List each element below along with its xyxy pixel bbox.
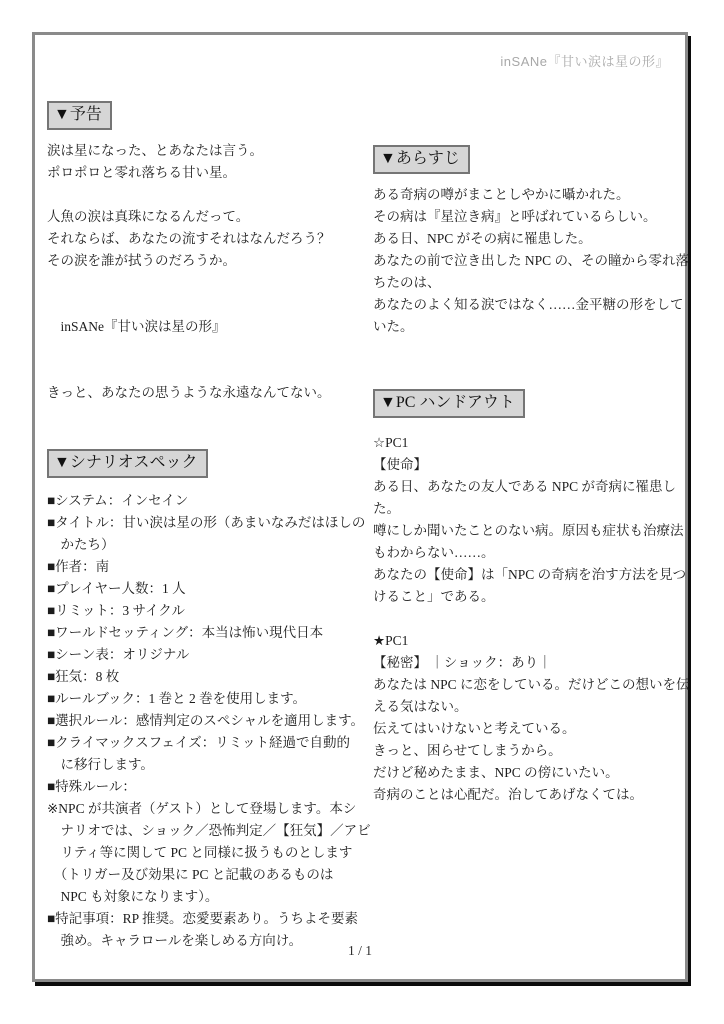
text-line: ■リミット：3 サイクル [47, 600, 377, 622]
text-line: 涙は星になった、とあなたは言う。 [47, 140, 377, 162]
section-label-spec: ▼シナリオスペック [47, 449, 208, 478]
handout-text-block: ☆PC1【使命】ある日、あなたの友人である NPC が奇病に罹患した。噂にしか聞… [373, 432, 693, 806]
text-line: える気はない。 [373, 696, 693, 718]
text-line: あなたの【使命】は「NPC の奇病を治す方法を見つ [373, 564, 693, 586]
text-line: 【使命】 [373, 454, 693, 476]
text-line: た。 [373, 498, 693, 520]
text-line [373, 608, 693, 630]
text-line: いた。 [373, 316, 693, 338]
right-column: ▼あらすじ ある奇病の噂がまことしやかに囁かれた。その病は『星泣き病』と呼ばれて… [373, 145, 693, 806]
text-line: だけど秘めたまま、NPC の傍にいたい。 [373, 762, 693, 784]
text-line: ■プレイヤー人数：1 人 [47, 578, 377, 600]
text-line: ■ルールブック：1 巻と 2 巻を使用します。 [47, 688, 377, 710]
text-line: リティ等に関して PC と同様に扱うものとします [47, 842, 377, 864]
text-line: NPC も対象になります）。 [47, 886, 377, 908]
text-line: 【秘密】 ｜ショック：あり｜ [373, 652, 693, 674]
text-line: あなたは NPC に恋をしている。だけどこの想いを伝 [373, 674, 693, 696]
text-line: あなたの前で泣き出した NPC の、その瞳から零れ落 [373, 250, 693, 272]
text-line: ■クライマックスフェイズ：リミット経過で自動的 [47, 732, 377, 754]
document-header-title: inSANe『甘い涙は星の形』 [500, 51, 669, 70]
text-line: inSANe『甘い涙は星の形』 [47, 316, 377, 338]
text-line: ☆PC1 [373, 432, 693, 454]
section-arasuji: ▼あらすじ [373, 145, 693, 174]
text-line: きっと、あなたの思うような永遠なんてない。 [47, 382, 377, 404]
text-line: ■システム：インセイン [47, 490, 377, 512]
text-line: ■選択ルール：感情判定のスペシャルを適用します。 [47, 710, 377, 732]
text-line: ポロポロと零れ落ちる甘い星。 [47, 162, 377, 184]
text-line: かたち） [47, 534, 377, 556]
text-line: その涙を誰が拭うのだろうか。 [47, 250, 377, 272]
spec-text-block: ■システム：インセイン■タイトル：甘い涙は星の形（あまいなみだはほしの かたち）… [47, 490, 377, 952]
yokoku-text-block: 涙は星になった、とあなたは言う。ポロポロと零れ落ちる甘い星。 人魚の涙は真珠にな… [47, 140, 377, 404]
text-line [47, 360, 377, 382]
left-column: ▼予告 涙は星になった、とあなたは言う。ポロポロと零れ落ちる甘い星。 人魚の涙は… [47, 101, 377, 952]
text-line: あなたのよく知る涙ではなく……金平糖の形をして [373, 294, 693, 316]
text-line: ナリオでは、ショック／恐怖判定／【狂気】／アビ [47, 820, 377, 842]
text-line: ある奇病の噂がまことしやかに囁かれた。 [373, 184, 693, 206]
text-line: に移行します。 [47, 754, 377, 776]
text-line: 奇病のことは心配だ。治してあげなくては。 [373, 784, 693, 806]
text-line: 人魚の涙は真珠になるんだって。 [47, 206, 377, 228]
section-yokoku: ▼予告 [47, 101, 377, 130]
text-line: ★PC1 [373, 630, 693, 652]
text-line [47, 272, 377, 294]
page-number: 1 / 1 [35, 943, 685, 959]
text-line: ■狂気：8 枚 [47, 666, 377, 688]
text-line: ある日、NPC がその病に罹患した。 [373, 228, 693, 250]
section-handout: ▼PC ハンドアウト [373, 389, 693, 418]
text-line: 噂にしか聞いたことのない病。原因も症状も治療法 [373, 520, 693, 542]
document-page: inSANe『甘い涙は星の形』 ▼予告 涙は星になった、とあなたは言う。ポロポロ… [32, 32, 688, 982]
text-line: もわからない……。 [373, 542, 693, 564]
text-line: それならば、あなたの流すそれはなんだろう？ [47, 228, 377, 250]
text-line: その病は『星泣き病』と呼ばれているらしい。 [373, 206, 693, 228]
text-line: ■特記事項：RP 推奨。恋愛要素あり。うちよそ要素 [47, 908, 377, 930]
text-line: ※NPC が共演者（ゲスト）として登場します。本シ [47, 798, 377, 820]
text-line: ■ワールドセッティング：本当は怖い現代日本 [47, 622, 377, 644]
text-line: けること」である。 [373, 586, 693, 608]
text-line: ある日、あなたの友人である NPC が奇病に罹患し [373, 476, 693, 498]
text-line [47, 294, 377, 316]
text-line [47, 184, 377, 206]
text-line: ■タイトル：甘い涙は星の形（あまいなみだはほしの [47, 512, 377, 534]
text-line: きっと、困らせてしまうから。 [373, 740, 693, 762]
text-line: ■特殊ルール： [47, 776, 377, 798]
text-line [47, 338, 377, 360]
section-spec: ▼シナリオスペック [47, 449, 377, 478]
text-line: ■作者：南 [47, 556, 377, 578]
text-line: 伝えてはいけないと考えている。 [373, 718, 693, 740]
section-label-arasuji: ▼あらすじ [373, 145, 470, 174]
arasuji-text-block: ある奇病の噂がまことしやかに囁かれた。その病は『星泣き病』と呼ばれているらしい。… [373, 184, 693, 338]
text-line: （トリガー及び効果に PC と記載のあるものは [47, 864, 377, 886]
text-line: ■シーン表：オリジナル [47, 644, 377, 666]
text-line: ちたのは、 [373, 272, 693, 294]
section-label-handout: ▼PC ハンドアウト [373, 389, 525, 418]
section-label-yokoku: ▼予告 [47, 101, 112, 130]
